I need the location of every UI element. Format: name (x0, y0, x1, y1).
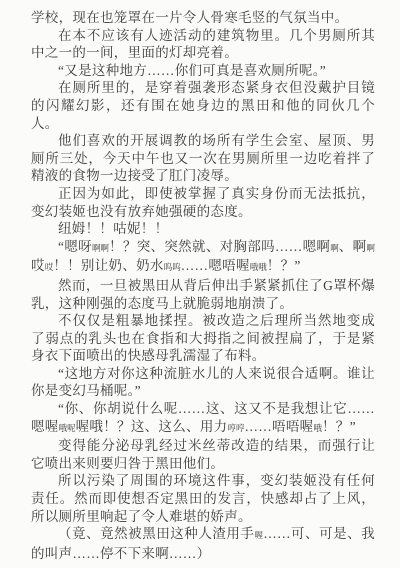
paragraph: “你、你胡说什么呢……这、这又不是我想让它……嗯喔哦呢喔哦！？这、这么、用力哼哼… (31, 400, 375, 437)
text-run: （竟、竟然被黑田这种人渣用手 (58, 526, 254, 541)
text-run: “这地方对你这种流脏水儿的人来说很合适啊。谁让你是变幻马桶呢。” (31, 366, 375, 399)
page-text: 学校，现在也笼罩在一片令人骨寒毛竖的气氛当中。在本不应该有人迹活动的建筑物里。几… (31, 9, 375, 562)
small-text-run: 啊 (330, 243, 339, 253)
paragraph: 然而，一旦被黑田从背后伸出手紧紧抓住了G罩杯爆乳，这种刚强的态度马上就脆弱地崩溃… (31, 277, 375, 312)
text-run: “又是这种地方……你们可真是喜欢厕所呢。” (58, 63, 326, 78)
paragraph: 在本不应该有人迹活动的建筑物里。几个男厕所其中之一的一间，里面的灯却亮着。 (31, 27, 375, 62)
small-text-run: 呜呜 (164, 262, 181, 272)
small-text-run: 啊 (366, 243, 375, 253)
paragraph: 不仅仅是粗暴地揉捏。被改造之后理所当然地变成了弱点的乳头也在食指和大拇指之间被捏… (31, 312, 375, 365)
small-text-run: 哼哼 (227, 423, 244, 433)
text-run: ……唔唔喔 (244, 419, 313, 434)
paragraph: 纽姆！！咕妮！！ (31, 220, 375, 238)
text-run: 变得能分泌母乳经过米丝蒂改造的结果，而强行让它喷出来则要归咎于黑田他们。 (31, 438, 375, 471)
paragraph: “又是这种地方……你们可真是喜欢厕所呢。” (31, 62, 375, 80)
text-run: ！！别让奶、奶水 (53, 258, 163, 273)
text-run: 喔哦！？这、这么、用力 (76, 419, 228, 434)
small-text-run: 啊啊 (92, 243, 109, 253)
text-run: 纽姆！！咕妮！！ (58, 221, 168, 236)
text-run: ……嗯唔喔 (181, 258, 250, 273)
text-run: 学校，现在也笼罩在一片令人骨寒毛竖的气氛当中。 (31, 10, 348, 25)
paragraph: 变得能分泌母乳经过米丝蒂改造的结果，而强行让它喷出来则要归咎于黑田他们。 (31, 437, 375, 472)
paragraph: 他们喜欢的开展调教的场所有学生会室、屋顶、男厕所三处，今天中午也又一次在男厕所里… (31, 132, 375, 185)
paragraph: （竟、竟然被黑田这种人渣用手喔……可、可是、我的叫声……停不下来啊……） (31, 525, 375, 562)
small-text-run: 喔 (254, 530, 263, 540)
text-run: 然而，一旦被黑田从背后伸出手紧紧抓住了G罩杯爆乳，这种刚强的态度马上就脆弱地崩溃… (31, 278, 375, 311)
paragraph: 在厕所里的，是穿着强袭形态紧身衣但没戴护目镜的闪耀幻影，还有围在她身边的黑田和他… (31, 79, 375, 132)
text-run: 在厕所里的，是穿着强袭形态紧身衣但没戴护目镜的闪耀幻影，还有围在她身边的黑田和他… (31, 80, 375, 130)
text-run: 不仅仅是粗暴地揉捏。被改造之后理所当然地变成了弱点的乳头也在食指和大拇指之间被捏… (31, 313, 375, 363)
text-run: ！？突、突然就、对胸部吗……嗯啊 (109, 239, 330, 254)
small-text-run: 哦呢 (59, 423, 76, 433)
text-run: 哎 (31, 258, 45, 273)
paragraph: 学校，现在也笼罩在一片令人骨寒毛竖的气氛当中。 (31, 9, 375, 27)
text-run: 正因为如此，即使被掌握了真实身份而无法抵抗，变幻装姬也没有放弃她强硬的态度。 (31, 186, 375, 219)
small-text-run: 哦 (313, 423, 322, 433)
text-run: 所以污染了周围的环境这件事，变幻装姬没有任何责任。然而即使想否定黑田的发言，快感… (31, 473, 375, 523)
document-page: 学校，现在也笼罩在一片令人骨寒毛竖的气氛当中。在本不应该有人迹活动的建筑物里。几… (0, 0, 400, 568)
paragraph: “这地方对你这种流脏水儿的人来说很合适啊。谁让你是变幻马桶呢。” (31, 365, 375, 400)
text-run: ！？” (267, 258, 301, 273)
paragraph: 正因为如此，即使被掌握了真实身份而无法抵抗，变幻装姬也没有放弃她强硬的态度。 (31, 185, 375, 220)
text-run: ！？” (322, 419, 356, 434)
text-run: 、啊 (339, 239, 367, 254)
text-run: 他们喜欢的开展调教的场所有学生会室、屋顶、男厕所三处，今天中午也又一次在男厕所里… (31, 133, 375, 183)
text-run: 在本不应该有人迹活动的建筑物里。几个男厕所其中之一的一间，里面的灯却亮着。 (31, 28, 375, 61)
paragraph: 所以污染了周围的环境这件事，变幻装姬没有任何责任。然而即使想否定黑田的发言，快感… (31, 472, 375, 525)
text-run: “嗯呀 (58, 239, 92, 254)
scanned-page-background: { "document": { "language": "zh-CN", "co… (0, 0, 400, 568)
small-text-run: 哦哦 (250, 262, 267, 272)
paragraph: “嗯呀啊啊！？突、突然就、对胸部吗……嗯啊啊、啊啊哎哎！！别让奶、奶水呜呜……嗯… (31, 238, 375, 277)
